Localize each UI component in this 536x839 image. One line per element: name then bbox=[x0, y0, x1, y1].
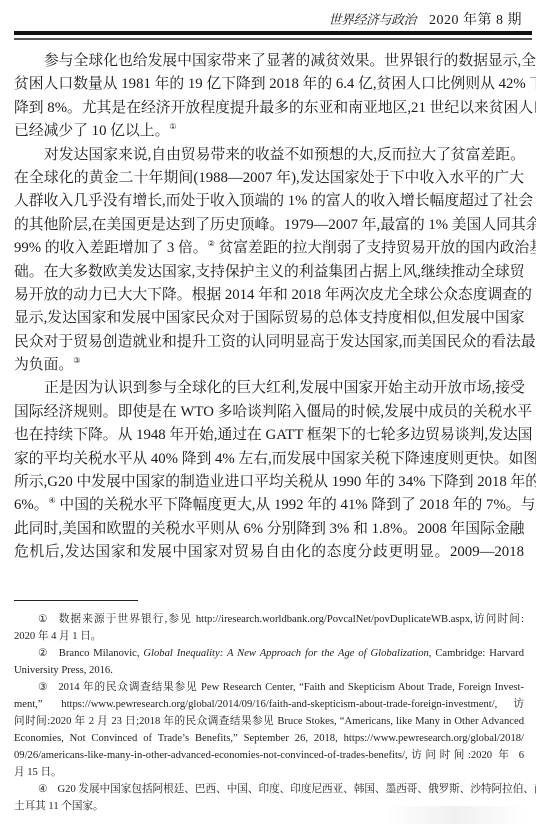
journal-header: 世界经济与政治 2020 年第 8 期 bbox=[329, 9, 522, 29]
text-line: 对发达国家来说,自由贸易带来的收益不如预想的大,反而拉大了贫富差距。 bbox=[14, 144, 524, 167]
footnote-ref[interactable]: ④ bbox=[49, 496, 56, 505]
text-line: 国际经济规则。即使是在 WTO 多哈谈判陷入僵局的时候,发展中成员的关税水平 bbox=[14, 401, 524, 424]
text-line: 所示,G20 中发展中国家的制造业进口平均关税从 1990 年的 34% 下降到… bbox=[14, 471, 524, 494]
text-line: 99% 的收入差距增加了 3 倍。② 贫富差距的拉大削弱了支持贸易开放的国内政治… bbox=[14, 237, 524, 260]
header-rule-thick bbox=[14, 31, 532, 35]
text-line: 民众对于贸易创造就业和提升工资的认同明显高于发达国家,而美国民众的看法最 bbox=[14, 331, 524, 354]
text-line: 为负面。③ bbox=[14, 354, 524, 377]
footnote-2: ②Branco Milanovic, Global Inequality: A … bbox=[14, 645, 524, 679]
url-link[interactable]: 09/26/americans-like-many-in-other-advan… bbox=[14, 750, 524, 761]
text-line: 贫困人口数量从 1981 年的 19 亿下降到 2018 年的 6.4 亿,贫困… bbox=[14, 73, 524, 96]
footnote-separator bbox=[14, 600, 138, 601]
issue-label: 2020 年第 8 期 bbox=[429, 13, 522, 28]
url-link[interactable]: ment,” https://www.pewresearch.org/globa… bbox=[14, 699, 524, 710]
text-line: 危机后,发达国家和发展中国家对贸易自由化的态度分歧更明显。2009—2018 bbox=[14, 541, 524, 564]
text-line: 参与全球化也给发展中国家带来了显著的减贫效果。世界银行的数据显示,全球 bbox=[14, 50, 524, 73]
header-rule-thin bbox=[14, 38, 532, 40]
text-line: 已经减少了 10 亿以上。① bbox=[14, 120, 524, 143]
footnote-ref[interactable]: ② bbox=[208, 239, 215, 248]
text-line: 也在持续下降。从 1948 年开始,通过在 GATT 框架下的七轮多边贸易谈判,… bbox=[14, 424, 524, 447]
text-line: 人群收入几乎没有增长,而处于收入顶端的 1% 的富人的收入增长幅度超过了社会 bbox=[14, 190, 524, 213]
text-line: 家的平均关税水平从 40% 降到 4% 左右,而发展中国家关税下降速度则更快。如… bbox=[14, 448, 524, 471]
text-line: 正是因为认识到参与全球化的巨大红利,发展中国家开始主动开放市场,接受 bbox=[14, 377, 524, 400]
scan-artifact bbox=[385, 806, 525, 824]
footnote-ref[interactable]: ① bbox=[169, 122, 176, 131]
footnote-mark: ① bbox=[38, 614, 49, 625]
text-line: 降到 8%。尤其是在经济开放程度提升最多的东亚和南亚地区,21 世纪以来贫困人口 bbox=[14, 97, 524, 120]
body-text: 参与全球化也给发展中国家带来了显著的减贫效果。世界银行的数据显示,全球 贫困人口… bbox=[14, 50, 524, 565]
journal-name: 世界经济与政治 bbox=[329, 13, 417, 28]
text-line: 显示,发达国家和发展中国家民众对于国际贸易的总体支持度相似,但发展中国家 bbox=[14, 307, 524, 330]
text-line: 6%。④ 中国的关税水平下降幅度更大,从 1992 年的 41% 降到了 201… bbox=[14, 494, 524, 517]
text-line: 此同时,美国和欧盟的关税水平则从 6% 分别降到 3% 和 1.8%。2008 … bbox=[14, 518, 524, 541]
text-line: 在全球化的黄金二十年期间(1988—2007 年),发达国家处于下中收入水平的广… bbox=[14, 167, 524, 190]
footnote-3: ③2014 年的民众调查结果参见 Pew Research Center, “F… bbox=[14, 679, 524, 781]
text-line: 易开放的动力已大大下降。根据 2014 年和 2018 年两次皮尤全球公众态度调… bbox=[14, 284, 524, 307]
footnote-1: ①数据来源于世界银行,参见 http://iresearch.worldbank… bbox=[14, 611, 524, 645]
footnote-mark: ③ bbox=[38, 682, 48, 693]
book-title: Global Inequality: A New Approach for th… bbox=[143, 648, 428, 659]
page-header: 世界经济与政治 2020 年第 8 期 bbox=[0, 0, 536, 42]
footnote-mark: ④ bbox=[38, 784, 48, 795]
text-line: 础。在大多数欧美发达国家,支持保护主义的利益集团占据上风,继续推动全球贸 bbox=[14, 261, 524, 284]
footnote-ref[interactable]: ③ bbox=[73, 356, 80, 365]
footnote-mark: ② bbox=[38, 648, 49, 659]
footnotes: ①数据来源于世界银行,参见 http://iresearch.worldbank… bbox=[14, 611, 524, 815]
text-line: 的其他阶层,在美国更是达到了历史顶峰。1979—2007 年,最富的 1% 美国… bbox=[14, 214, 524, 237]
